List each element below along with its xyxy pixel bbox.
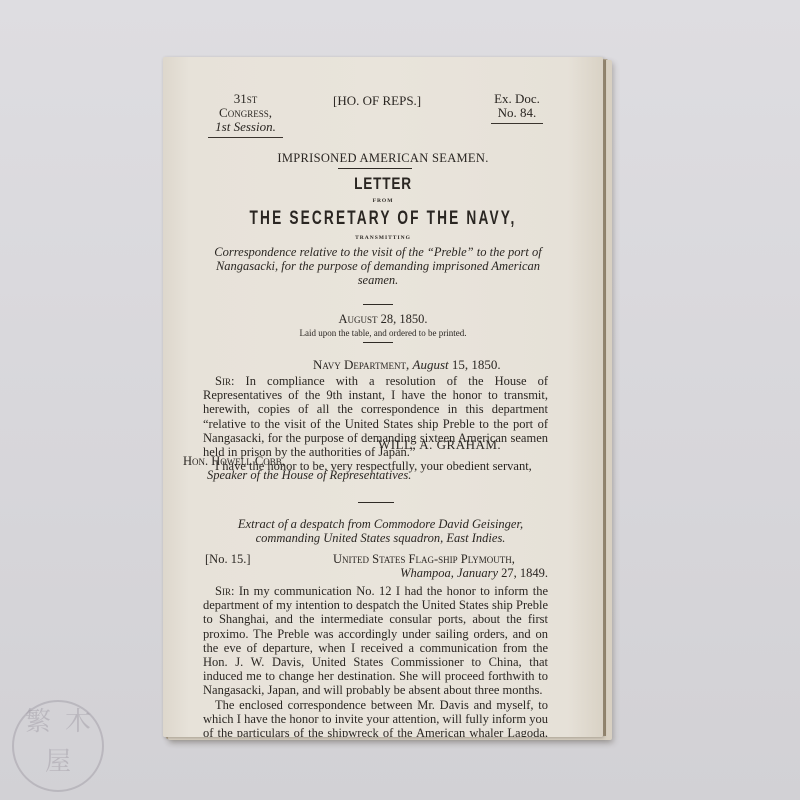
addressee: Hon. Howell Cobb, Speaker of the House o… <box>183 454 411 482</box>
laid-note: Laid upon the table, and ordered to be p… <box>163 328 603 338</box>
despatch-dateline: United States Flag-ship Plymouth, Whampo… <box>333 552 548 580</box>
divider <box>363 342 393 343</box>
divider <box>358 502 394 503</box>
header-left-rule <box>208 137 283 138</box>
seller-watermark-stamp: 繁木 屋 <box>12 700 104 792</box>
despatch-body: Sir: In my communication No. 12 I had th… <box>203 584 548 737</box>
house-label: [HO. OF REPS.] <box>333 93 421 109</box>
from-label: FROM <box>163 198 603 204</box>
ordered-date: August 28, 1850. <box>163 312 603 327</box>
transmitting-label: TRANSMITTING <box>163 235 603 241</box>
sender-title: THE SECRETARY OF THE NAVY, <box>225 208 542 230</box>
signature: WILL. A. GRAHAM. <box>378 437 501 453</box>
extract-heading: Extract of a despatch from Commodore Dav… <box>208 517 553 545</box>
divider <box>338 168 412 169</box>
subject-text: Correspondence relative to the visit of … <box>208 245 548 287</box>
letter-dateline: Navy Department, August 15, 1850. <box>313 357 501 373</box>
divider <box>363 304 393 305</box>
congress-session: 31st Congress, 1st Session. <box>208 92 283 138</box>
despatch-number: [No. 15.] <box>205 552 250 567</box>
document-number: Ex. Doc. No. 84. <box>491 92 543 124</box>
document-heading: IMPRISONED AMERICAN SEAMEN. <box>163 151 603 166</box>
header-right-rule <box>491 123 543 124</box>
document-page: 31st Congress, 1st Session. [HO. OF REPS… <box>163 57 603 737</box>
letter-label: LETTER <box>207 174 559 194</box>
